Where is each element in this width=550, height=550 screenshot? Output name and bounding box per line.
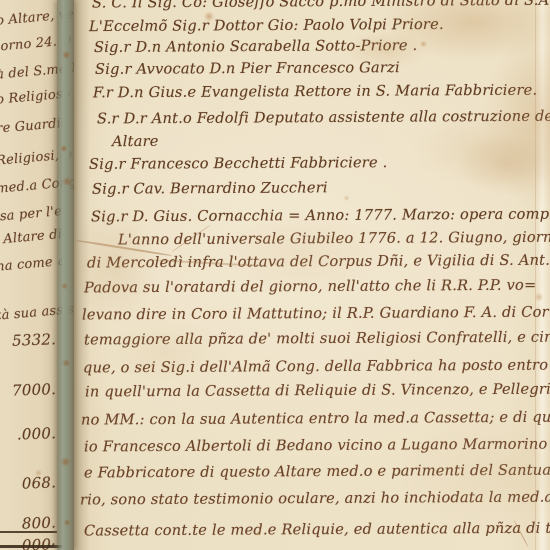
manuscript-line: Sig.r Cav. Bernardino Zuccheri (92, 179, 328, 197)
ledger-sum-rule (0, 531, 57, 533)
manuscript-line: que, o sei Sig.i dell'Almã Cong. della F… (83, 357, 548, 377)
left-page-fragment: iorno 24. D (0, 34, 63, 55)
left-page-fragment: sa per l'e (0, 204, 63, 225)
manuscript-line: Cassetta cont.te le med.e Reliquie, ed a… (84, 519, 550, 539)
ledger-sum-rule (0, 545, 63, 548)
manuscript-line: rio, sono stato testimonio oculare, anzi… (80, 489, 550, 509)
manuscript-line: levano dire in Coro il Mattutino; il R.P… (82, 304, 550, 324)
book-gutter (57, 0, 74, 550)
manuscript-line: in quell'urna la Cassetta di Reliquie di… (85, 381, 550, 401)
ledger-value: 5332. (0, 330, 62, 350)
left-page-fragment: à del S.me Nat (0, 62, 63, 83)
manuscript-line: di Mercoledì infra l'ottava del Corpus D… (87, 251, 550, 271)
manuscript-line: Sig.r Avvocato D.n Pier Francesco Garzi (95, 59, 400, 78)
manuscript-line: temaggiore alla pñza de' molti suoi Reli… (84, 329, 550, 349)
manuscript-scan: o Altare, ver iorno 24. D à del S.me Nat… (0, 0, 550, 550)
left-page-fragment: Religiosi, p (0, 148, 63, 169)
manuscript-line: L'anno dell'universale Giubileo 1776. a … (118, 229, 550, 249)
left-page-fragment: tà sua assis (0, 303, 63, 324)
manuscript-line: Padova su l'oratardi del giorno, nell'at… (84, 277, 537, 297)
left-page-fragment: med.a Cong. (0, 176, 63, 197)
manuscript-line: Sig.r D. Gius. Cornacchia = Anno: 1777. … (91, 206, 550, 226)
manuscript-line: Sig.r Francesco Becchetti Fabbriciere . (89, 154, 388, 173)
left-page-fragment: Altare di (0, 227, 63, 248)
manuscript-line: S.r D.r Ant.o Fedolfi Deputato assistent… (97, 108, 550, 128)
manuscript-line: Altare (112, 133, 159, 150)
manuscript-line: no MM.: con la sua Autentica entro la me… (81, 408, 550, 428)
left-page-fragment: o Religioso (0, 87, 63, 108)
ledger-value: .000. (0, 424, 61, 444)
left-page-fragment: o Altare, ver (0, 8, 63, 29)
manuscript-line: L'Eccelmõ Sig.r Dottor Gio: Paolo Volpi … (89, 16, 444, 35)
manuscript-line: e Fabbricatore di questo Altare med.o e … (84, 462, 550, 482)
manuscript-line: F.r D.n Gius.e Evangelista Rettore in S.… (93, 82, 537, 102)
manuscript-line: Sig.r D.n Antonio Scarabella Sotto-Prior… (94, 37, 417, 56)
left-page-fragment: na come q (0, 254, 63, 275)
ledger-value: 7000. (0, 380, 58, 400)
manuscript-line: io Francesco Albertoli di Bedano vicino … (84, 436, 548, 456)
left-page-fragment: re Guardia (0, 116, 63, 137)
